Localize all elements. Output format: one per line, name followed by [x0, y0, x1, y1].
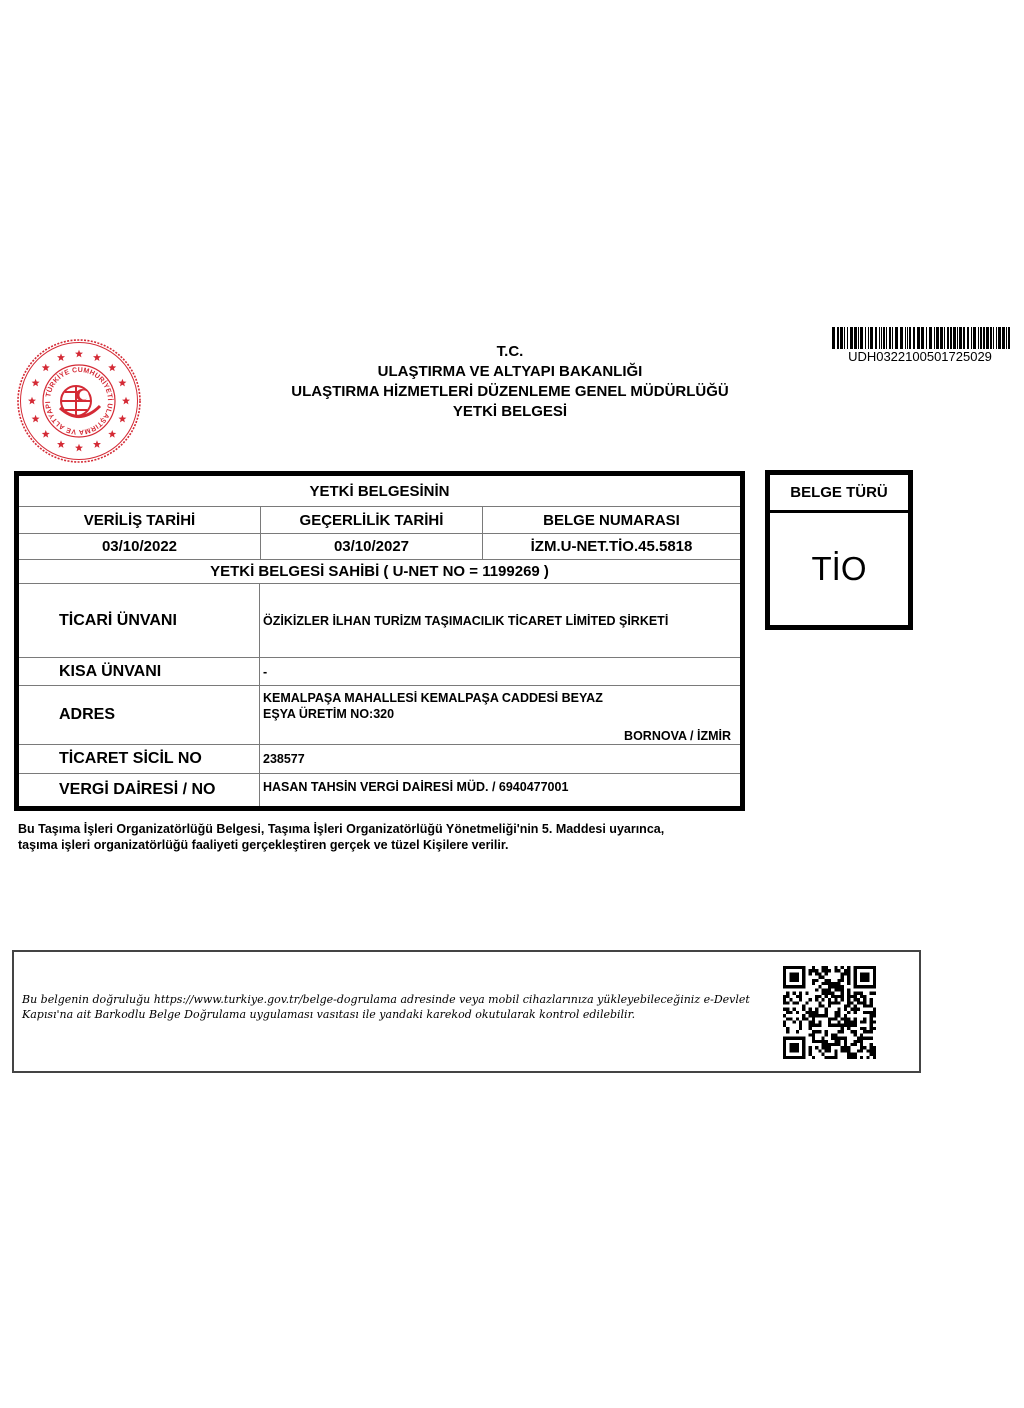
tax-office-row: VERGİ DAİRESİ / NO HASAN TAHSİN VERGİ DA…	[19, 774, 740, 806]
document-number-value: İZM.U-NET.TİO.45.5818	[483, 534, 740, 559]
qr-code-icon	[783, 966, 876, 1059]
issue-date-header: VERİLİŞ TARİHİ	[19, 507, 261, 533]
header-ministry: ULAŞTIRMA VE ALTYAPI BAKANLIĞI	[260, 362, 760, 382]
short-name-label: KISA ÜNVANI	[19, 658, 260, 685]
verification-text: Bu belgenin doğruluğu https://www.turkiy…	[22, 992, 752, 1022]
verification-line-1: Bu belgenin doğruluğu https://www.turkiy…	[22, 992, 752, 1007]
verification-box: Bu belgenin doğruluğu https://www.turkiy…	[12, 950, 921, 1073]
address-line-1: KEMALPAŞA MAHALLESİ KEMALPAŞA CADDESİ BE…	[263, 690, 731, 706]
trade-name-row: TİCARİ ÜNVANI ÖZİKİZLER İLHAN TURİZM TAŞ…	[19, 584, 740, 658]
trade-name-label: TİCARİ ÜNVANI	[19, 584, 260, 657]
trade-registry-row: TİCARET SİCİL NO 238577	[19, 745, 740, 774]
address-value: KEMALPAŞA MAHALLESİ KEMALPAŞA CADDESİ BE…	[260, 686, 740, 744]
barcode-image	[832, 327, 1010, 349]
legal-note-line-1: Bu Taşıma İşleri Organizatörlüğü Belgesi…	[18, 821, 738, 837]
barcode-number: UDH0322100501725029	[820, 349, 1020, 364]
tax-office-value: HASAN TAHSİN VERGİ DAİRESİ MÜD. / 694047…	[260, 774, 740, 806]
address-row: ADRES KEMALPAŞA MAHALLESİ KEMALPAŞA CADD…	[19, 686, 740, 745]
issue-date-value: 03/10/2022	[19, 534, 261, 559]
address-city: BORNOVA / İZMİR	[263, 728, 731, 744]
validity-date-header: GEÇERLİLİK TARİHİ	[261, 507, 483, 533]
document-type-label: BELGE TÜRÜ	[770, 475, 908, 513]
validity-date-value: 03/10/2027	[261, 534, 483, 559]
document-header: T.C. ULAŞTIRMA VE ALTYAPI BAKANLIĞI ULAŞ…	[260, 342, 760, 422]
address-line-2: EŞYA ÜRETİM NO:320	[263, 706, 731, 722]
document-number-header: BELGE NUMARASI	[483, 507, 740, 533]
header-directorate: ULAŞTIRMA HİZMETLERİ DÜZENLEME GENEL MÜD…	[260, 382, 760, 402]
certificate-table: YETKİ BELGESİNİN VERİLİŞ TARİHİ GEÇERLİL…	[14, 471, 745, 811]
document-type-box: BELGE TÜRÜ TİO	[765, 470, 913, 630]
trade-registry-value: 238577	[260, 745, 740, 773]
document-type-value: TİO	[770, 513, 908, 625]
short-name-value: -	[260, 658, 740, 685]
verification-line-2: Kapısı'na ait Barkodlu Belge Doğrulama u…	[22, 1007, 752, 1022]
section-title-row: YETKİ BELGESİNİN	[19, 476, 740, 507]
short-name-row: KISA ÜNVANI -	[19, 658, 740, 686]
owner-title: YETKİ BELGESİ SAHİBİ ( U-NET NO = 119926…	[19, 560, 740, 583]
date-header-row: VERİLİŞ TARİHİ GEÇERLİLİK TARİHİ BELGE N…	[19, 507, 740, 534]
date-value-row: 03/10/2022 03/10/2027 İZM.U-NET.TİO.45.5…	[19, 534, 740, 560]
trade-registry-label: TİCARET SİCİL NO	[19, 745, 260, 773]
seal-icon: TÜRKİYE CUMHURİYETİ ULAŞTIRMA VE ALTYAPI…	[16, 338, 142, 464]
trade-name-value: ÖZİKİZLER İLHAN TURİZM TAŞIMACILIK TİCAR…	[260, 584, 740, 657]
owner-title-row: YETKİ BELGESİ SAHİBİ ( U-NET NO = 119926…	[19, 560, 740, 584]
ministry-seal-logo: TÜRKİYE CUMHURİYETİ ULAŞTIRMA VE ALTYAPI…	[16, 338, 142, 464]
legal-note-line-2: taşıma işleri organizatörlüğü faaliyeti …	[18, 837, 738, 853]
tax-office-label: VERGİ DAİRESİ / NO	[19, 774, 260, 806]
legal-note: Bu Taşıma İşleri Organizatörlüğü Belgesi…	[18, 821, 738, 853]
svg-text:TÜRKİYE CUMHURİYETİ ULAŞTIRMA: TÜRKİYE CUMHURİYETİ ULAŞTIRMA VE ALTYAPI…	[16, 338, 114, 435]
header-document-title: YETKİ BELGESİ	[260, 402, 760, 422]
address-label: ADRES	[19, 686, 260, 744]
section-title: YETKİ BELGESİNİN	[19, 476, 740, 506]
header-tc: T.C.	[260, 342, 760, 362]
